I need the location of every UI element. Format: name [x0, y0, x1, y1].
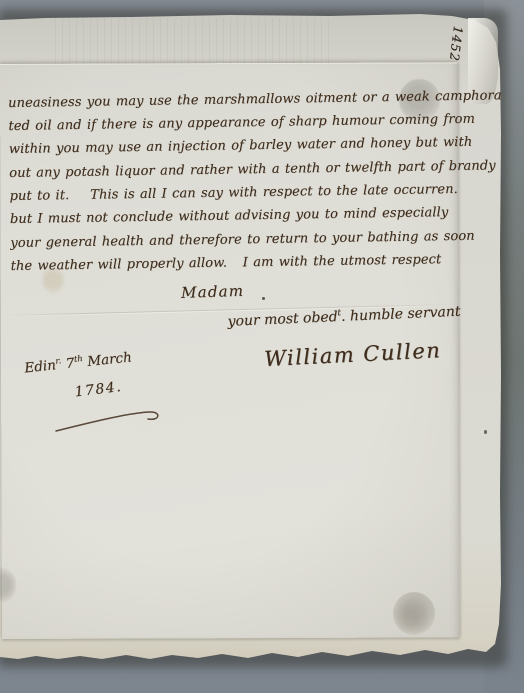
dateline-place: Edin — [24, 357, 57, 376]
date-flourish — [50, 404, 170, 436]
ink-speck — [262, 297, 265, 300]
photo-stage: uneasiness you may use the marshmallows … — [0, 0, 524, 693]
ink-speck — [484, 430, 487, 434]
salutation: Madam — [181, 282, 245, 302]
seal-stain-bottom-right — [393, 592, 435, 635]
